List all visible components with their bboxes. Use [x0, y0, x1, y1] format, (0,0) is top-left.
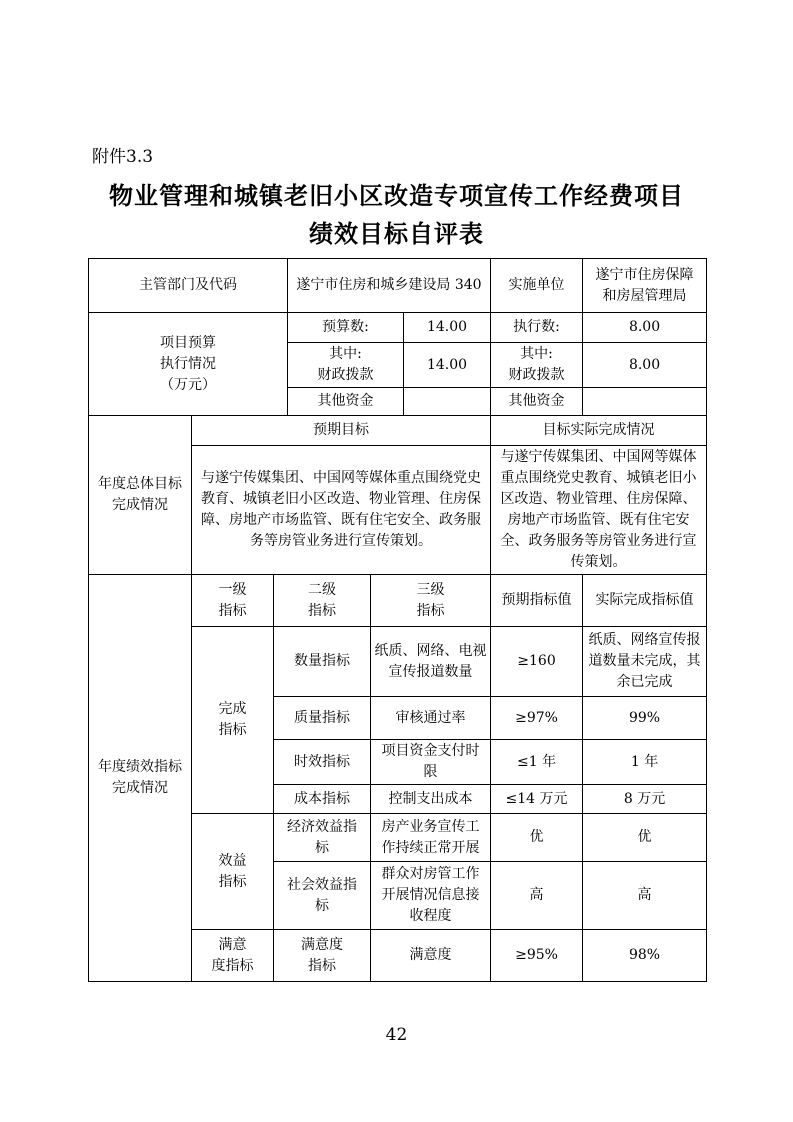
document-page: 附件3.3 物业管理和城镇老旧小区改造专项宣传工作经费项目 绩效目标自评表 主管… — [0, 0, 793, 1122]
completion-group-label-cell: 完成 指标 — [192, 627, 274, 814]
timeliness-expected-cell: ≤1 年 — [491, 740, 583, 785]
budget-fiscal-exec-label-cell: 其中: 财政拨款 — [491, 343, 583, 388]
quality-actual-cell: 99% — [583, 697, 707, 740]
quantity-expected-cell: ≥160 — [491, 627, 583, 697]
social-level3-cell: 群众对房管工作 开展情况信息接 收程度 — [371, 862, 491, 930]
economic-actual-cell: 优 — [583, 814, 707, 862]
budget-fiscal-exec-value-cell: 8.00 — [583, 343, 707, 388]
col-header-level1-cell: 一级 指标 — [192, 575, 274, 627]
annual-goal-section-label-cell: 年度总体目标 完成情况 — [89, 416, 192, 575]
social-level2-cell: 社会效益指 标 — [274, 862, 371, 930]
budget-planned-value-cell: 14.00 — [404, 313, 491, 343]
quantity-actual-cell: 纸质、网络宣传报道数量未完成，其余已完成 — [583, 627, 707, 697]
quality-level3-cell: 审核通过率 — [371, 697, 491, 740]
page-title: 物业管理和城镇老旧小区改造专项宣传工作经费项目 绩效目标自评表 — [0, 177, 793, 253]
timeliness-level3-cell: 项目资金支付时 限 — [371, 740, 491, 785]
dept-code-value-cell: 遂宁市住房和城乡建设局 340 — [288, 259, 491, 313]
budget-executed-label-cell: 执行数: — [491, 313, 583, 343]
social-actual-cell: 高 — [583, 862, 707, 930]
cost-level2-cell: 成本指标 — [274, 785, 371, 814]
social-expected-cell: 高 — [491, 862, 583, 930]
quantity-level3-cell: 纸质、网络、电视宣传报道数量 — [371, 627, 491, 697]
col-header-level3-cell: 三级 指标 — [371, 575, 491, 627]
budget-other-exec-value-cell — [583, 388, 707, 416]
indicators-section-label-cell: 年度绩效指标 完成情况 — [89, 575, 192, 982]
expected-goal-text-cell: 与遂宁传媒集团、中国网等媒体重点围绕党史教育、城镇老旧小区改造、物业管理、住房保… — [192, 446, 491, 575]
budget-section-label-cell: 项目预算 执行情况 （万元） — [89, 313, 288, 416]
satisfaction-expected-cell: ≥95% — [491, 930, 583, 982]
economic-expected-cell: 优 — [491, 814, 583, 862]
doc-title-line2: 绩效目标自评表 — [0, 215, 793, 253]
cost-expected-cell: ≤14 万元 — [491, 785, 583, 814]
actual-goal-text-cell: 与遂宁传媒集团、中国网等媒体重点围绕党史教育、城镇老旧小区改造、物业管理、住房保… — [491, 446, 707, 575]
economic-level3-cell: 房产业务宣传工 作持续正常开展 — [371, 814, 491, 862]
quality-level2-cell: 质量指标 — [274, 697, 371, 740]
satisfaction-group-label-cell: 满意 度指标 — [192, 930, 274, 982]
dept-code-label-cell: 主管部门及代码 — [89, 259, 288, 313]
cost-actual-cell: 8 万元 — [583, 785, 707, 814]
quality-expected-cell: ≥97% — [491, 697, 583, 740]
col-header-actual-cell: 实际完成指标值 — [583, 575, 707, 627]
economic-level2-cell: 经济效益指 标 — [274, 814, 371, 862]
impl-unit-label-cell: 实施单位 — [491, 259, 583, 313]
satisfaction-level3-cell: 满意度 — [371, 930, 491, 982]
timeliness-actual-cell: 1 年 — [583, 740, 707, 785]
timeliness-level2-cell: 时效指标 — [274, 740, 371, 785]
col-header-level2-cell: 二级 指标 — [274, 575, 371, 627]
attachment-label: 附件3.3 — [92, 146, 153, 168]
table-row-header-info: 主管部门及代码 遂宁市住房和城乡建设局 340 实施单位 遂宁市住房保障 和房屋… — [89, 259, 707, 313]
benefit-group-label-cell: 效益 指标 — [192, 814, 274, 930]
expected-goal-header-cell: 预期目标 — [192, 416, 491, 446]
table-row-budget-1: 项目预算 执行情况 （万元） 预算数: 14.00 执行数: 8.00 — [89, 313, 707, 343]
table-row-goal-header: 年度总体目标 完成情况 预期目标 目标实际完成情况 — [89, 416, 707, 446]
impl-unit-value-cell: 遂宁市住房保障 和房屋管理局 — [583, 259, 707, 313]
actual-goal-header-cell: 目标实际完成情况 — [491, 416, 707, 446]
satisfaction-level2-cell: 满意度 指标 — [274, 930, 371, 982]
budget-fiscal-label-cell: 其中: 财政拨款 — [288, 343, 404, 388]
budget-other-exec-label-cell: 其他资金 — [491, 388, 583, 416]
quantity-level2-cell: 数量指标 — [274, 627, 371, 697]
budget-planned-label-cell: 预算数: — [288, 313, 404, 343]
budget-other-label-cell: 其他资金 — [288, 388, 404, 416]
budget-fiscal-value-cell: 14.00 — [404, 343, 491, 388]
col-header-expected-cell: 预期指标值 — [491, 575, 583, 627]
budget-other-value-cell — [404, 388, 491, 416]
cost-level3-cell: 控制支出成本 — [371, 785, 491, 814]
page-number: 42 — [0, 1023, 793, 1047]
doc-title-line1: 物业管理和城镇老旧小区改造专项宣传工作经费项目 — [0, 177, 793, 215]
budget-executed-value-cell: 8.00 — [583, 313, 707, 343]
performance-self-evaluation-table: 主管部门及代码 遂宁市住房和城乡建设局 340 实施单位 遂宁市住房保障 和房屋… — [88, 258, 707, 982]
satisfaction-actual-cell: 98% — [583, 930, 707, 982]
table-row-indicator-header: 年度绩效指标 完成情况 一级 指标 二级 指标 三级 指标 预期指标值 实际完成… — [89, 575, 707, 627]
